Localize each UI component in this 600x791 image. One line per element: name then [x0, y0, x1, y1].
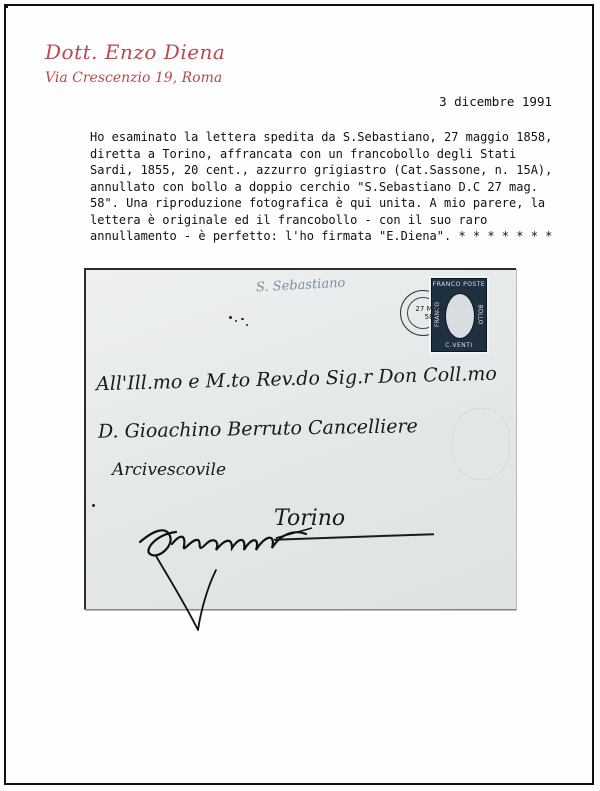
certificate-line: lettera è originale ed il francobollo - … — [90, 212, 560, 229]
certificate-line: annullamento - è perfetto: l'ho firmata … — [90, 228, 560, 245]
ink-mark — [235, 320, 237, 322]
stamp-portrait-cameo — [445, 293, 475, 339]
stamp-value-text: C.VENTI — [432, 342, 486, 349]
address-line: All'Ill.mo e M.to Rev.do Sig.r Don Coll.… — [96, 363, 497, 395]
postmark-text: 27 MAG 58 — [413, 305, 445, 321]
certificate-line: diretta a Torino, affrancata con un fran… — [90, 146, 560, 163]
cover-edge — [84, 268, 86, 610]
letterhead-name: Dott. Enzo Diena — [45, 40, 225, 64]
pencil-annotation: S. Sebastiano — [256, 276, 346, 296]
certificate-date: 3 dicembre 1991 — [439, 94, 552, 109]
border-corner — [4, 4, 8, 8]
stamp-top-text: FRANCO POSTE — [432, 281, 486, 288]
certificate-line: Ho esaminato la lettera spedita da S.Seb… — [90, 129, 560, 146]
certificate-line: annullato con bollo a doppio cerchio "S.… — [90, 179, 560, 196]
ink-mark — [241, 318, 244, 320]
address-line: D. Gioachino Berruto Cancelliere — [98, 415, 418, 443]
certificate-line: 58". Una riproduzione fotografica è qui … — [90, 195, 560, 212]
ink-mark — [246, 324, 248, 326]
embossed-seal — [452, 408, 510, 480]
letterhead-address: Via Crescenzio 19, Roma — [45, 70, 222, 86]
address-line: Arcivescovile — [112, 460, 226, 480]
certificate-line: Sardi, 1855, 20 cent., azzurro grigiastr… — [90, 162, 560, 179]
ink-mark — [92, 504, 95, 507]
cover-edge — [84, 268, 516, 270]
ink-mark — [229, 316, 232, 319]
certificate-text: Ho esaminato la lettera spedita da S.Seb… — [90, 129, 560, 245]
stamp-right-text: BOLLO — [477, 305, 484, 325]
signature-scrawl — [136, 520, 326, 640]
